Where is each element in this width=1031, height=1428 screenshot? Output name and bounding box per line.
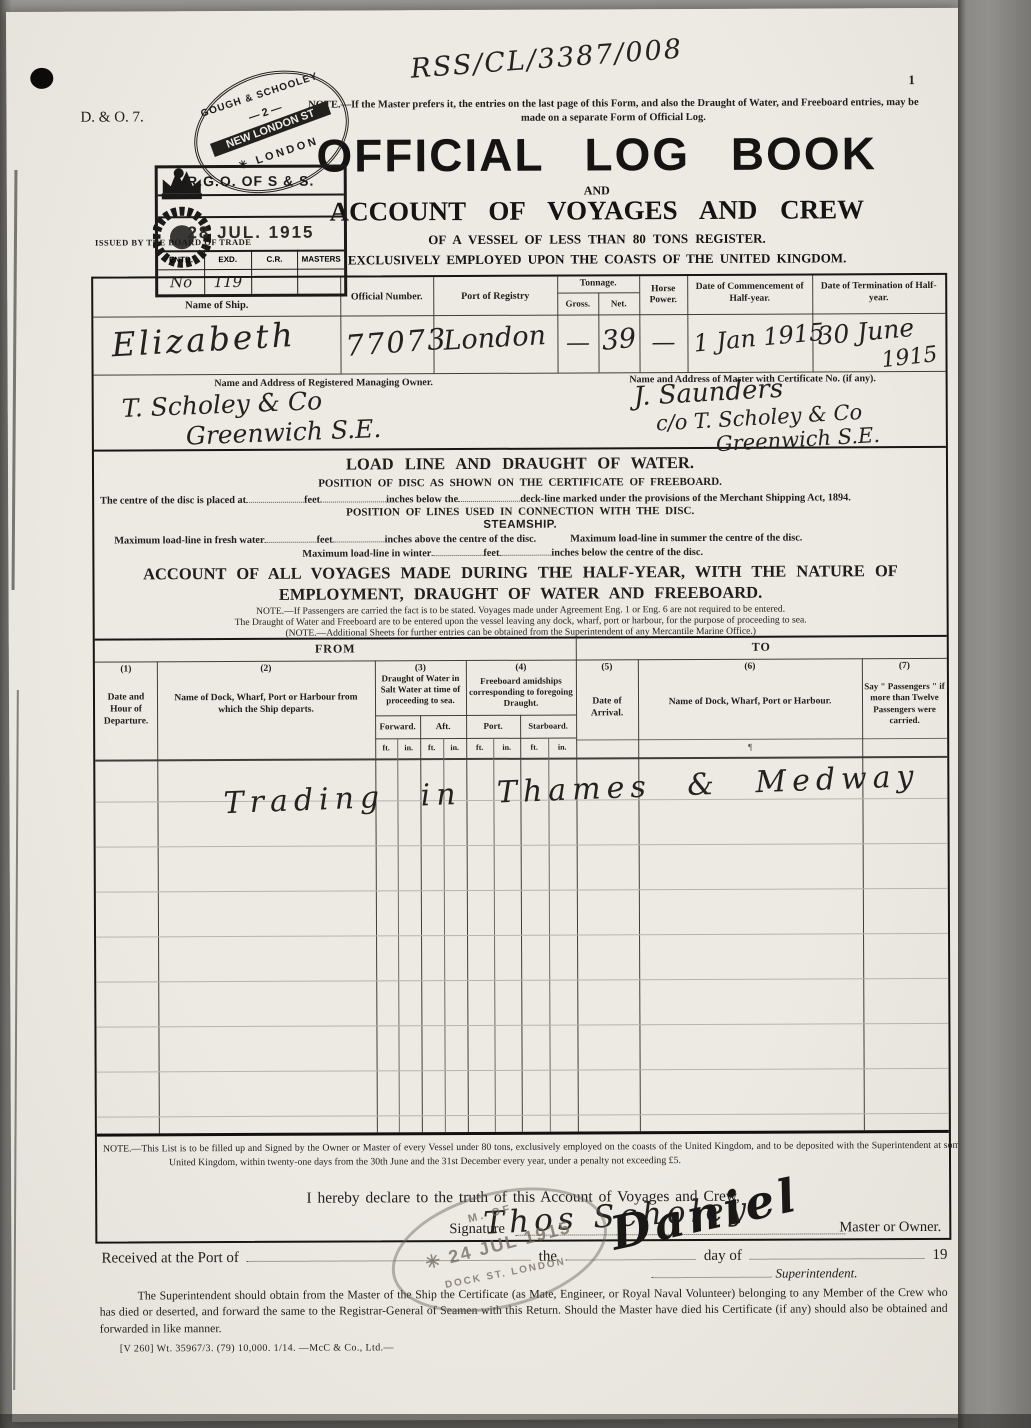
loadline-disc-heading: POSITION OF DISC AS SHOWN ON THE CERTIFI… — [94, 475, 946, 491]
winter-text-2: feet — [483, 548, 499, 559]
scan-right-edge — [958, 0, 1031, 1428]
col2-label: Name of Dock, Wharf, Port or Harbour fro… — [167, 691, 365, 717]
rgo-stamp-blank-row — [158, 194, 344, 219]
bottom-note: NOTE.—This List is to be filled up and S… — [103, 1139, 1009, 1171]
loadline-title: LOAD LINE AND DRAUGHT OF WATER. — [94, 452, 946, 476]
col-tonnage: Tonnage. — [557, 278, 639, 288]
page-number: 1 — [908, 72, 915, 88]
fresh-text-2: feet — [317, 535, 333, 546]
fill-blank — [750, 1246, 925, 1260]
centre-text-3: inches below the — [386, 494, 458, 505]
rgo-col-exd: EXD. — [205, 250, 252, 269]
starboard-subheader: Starboard. — [520, 721, 576, 731]
col7-label: Say " Passengers " if more than Twelve P… — [864, 681, 945, 726]
rgo-stamp-box: R.G.O. OF S & S. 28 JUL. 1915 ENTD. EXD.… — [155, 165, 348, 298]
in-label: in. — [397, 743, 420, 752]
superintendent-label: Superintendent. — [775, 1265, 857, 1281]
fill-blank — [458, 492, 520, 502]
col5-number: (5) — [576, 662, 638, 672]
loadline-winter-line: Maximum load-line in winterfeetinches be… — [302, 545, 703, 560]
printer-imprint: [V 260] Wt. 35967/3. (79) 10,000. 1/14. … — [120, 1342, 394, 1354]
centre-text-1: The centre of the disc is placed at — [100, 495, 246, 507]
winter-text-1: Maximum load-line in winter — [302, 548, 431, 560]
rgo-mark-2: 119 — [205, 269, 252, 294]
header-note: NOTE.—If the Master prefers it, the entr… — [304, 96, 922, 126]
col-official-number: Official Number. — [340, 291, 433, 302]
scanned-document: RSS/CL/3387/008 1 D. & O. 7. GOUGH & SCH… — [0, 0, 1031, 1428]
subtitle: ACCOUNT OF VOYAGES AND CREW — [257, 194, 937, 228]
rgo-stamp-title: R.G.O. OF S & S. — [158, 168, 344, 197]
col5-label: Date of Arrival. — [578, 696, 636, 720]
col7-number: (7) — [862, 661, 947, 671]
punch-hole — [30, 68, 53, 89]
header-line4: EXCLUSIVELY EMPLOYED UPON THE COASTS OF … — [257, 250, 937, 269]
col4-label: Freeboard amidships corresponding to for… — [469, 676, 573, 709]
superintendent-row: Superintendent. — [651, 1264, 857, 1282]
col1-label: Date and Hour of Departure. — [97, 692, 155, 728]
document-page: RSS/CL/3387/008 1 D. & O. 7. GOUGH & SCH… — [6, 8, 966, 1422]
owner-value-line2: Greenwich S.E. — [185, 414, 381, 451]
reference-code: RSS/CL/3387/008 — [409, 34, 684, 85]
ft-label: ft. — [375, 743, 397, 752]
net-tonnage-value: 39 — [597, 323, 641, 358]
col-date-commencement: Date of Commencement of Half-year. — [687, 281, 812, 305]
col-port-of-registry: Port of Registry — [433, 291, 557, 303]
horse-power-value: — — [639, 328, 687, 356]
rgo-stamp-cols: ENTD. EXD. C.R. MASTERS — [158, 250, 344, 271]
form-sheet: Name of Ship. Official Number. Port of R… — [91, 273, 951, 1244]
gross-tonnage-value: — — [557, 328, 598, 356]
fill-blank — [499, 546, 551, 556]
ship-name-value: Elizabeth — [110, 315, 296, 364]
ft-label: ft. — [466, 743, 493, 752]
fresh-text-3: inches above the centre of the disc. — [385, 534, 537, 546]
col-net: Net. — [598, 298, 639, 308]
scan-bottom-edge — [0, 1414, 1031, 1428]
rgo-stamp-date: 28 JUL. 1915 — [158, 216, 344, 253]
to-header: TO — [576, 639, 947, 656]
account-title-line1: ACCOUNT OF ALL VOYAGES MADE DURING THE H… — [94, 561, 946, 585]
col3-number: (3) — [375, 663, 466, 673]
col1-number: (1) — [95, 664, 157, 674]
form-code: D. & O. 7. — [80, 109, 143, 126]
forward-subheader: Forward. — [375, 721, 420, 731]
rgo-col-masters: MASTERS — [298, 250, 344, 269]
rgo-mark-1: No — [158, 269, 205, 294]
received-text-4: 19 — [932, 1247, 947, 1264]
in-label: in. — [493, 743, 520, 752]
fresh-text-1: Maximum load-line in fresh water — [114, 535, 264, 547]
col6-footnote-mark: ¶ — [638, 741, 862, 752]
centre-text-2: feet — [304, 495, 320, 506]
rgo-stamp-marks: No 119 — [158, 269, 344, 295]
loadline-steamship: STEAMSHIP. — [94, 517, 946, 533]
rgo-col-entd: ENTD. — [158, 250, 205, 269]
in-label: in. — [443, 743, 466, 752]
port-subheader: Port. — [466, 721, 520, 731]
aft-subheader: Aft. — [420, 721, 466, 731]
received-text-3: day of — [704, 1248, 742, 1265]
fresh-text-4: Maximum load-line in summer the centre o… — [570, 533, 802, 545]
termination-value-line2: 1915 — [880, 342, 938, 373]
ft-label: ft. — [520, 743, 548, 752]
commencement-value: 1 Jan 1915 — [692, 318, 825, 358]
rgo-col-cr: C.R. — [252, 250, 299, 269]
fill-blank — [320, 492, 386, 502]
account-title-line2: EMPLOYMENT, DRAUGHT OF WATER AND FREEBOA… — [95, 582, 947, 606]
main-title: OFFICIAL LOG BOOK — [257, 126, 937, 183]
fill-blank — [333, 532, 385, 542]
from-header: FROM — [95, 641, 576, 658]
ft-label: ft. — [420, 743, 443, 752]
owner-label: Name and Address of Registered Managing … — [134, 377, 514, 390]
voyage-entry: Trading in Thames & Medway — [223, 759, 920, 821]
col6-number: (6) — [638, 661, 862, 672]
fill-blank — [651, 1265, 771, 1279]
port-of-registry-value: London — [443, 320, 547, 357]
winter-text-3: inches below the centre of the disc. — [551, 547, 703, 559]
in-label: in. — [548, 743, 576, 752]
col3-label: Draught of Water in Salt Water at time o… — [378, 673, 463, 706]
fill-blank — [246, 493, 304, 503]
master-or-owner-label: Master or Owner. — [839, 1219, 941, 1236]
col2-number: (2) — [157, 663, 375, 674]
col-name-of-ship: Name of Ship. — [93, 300, 340, 312]
fill-blank — [431, 546, 483, 556]
col-date-termination: Date of Termination of Half-year. — [812, 281, 945, 305]
col6-label: Name of Dock, Wharf, Port or Harbour. — [648, 695, 852, 708]
col-gross: Gross. — [557, 298, 598, 308]
fill-blank — [265, 533, 317, 543]
centre-text-4: deck-line marked under the provisions of… — [520, 492, 851, 504]
col4-number: (4) — [466, 663, 576, 673]
header-line3: OF A VESSEL OF LESS THAN 80 TONS REGISTE… — [257, 230, 937, 249]
received-text-1: Received at the Port of — [101, 1250, 239, 1268]
col-horse-power: Horse Power. — [639, 284, 687, 307]
